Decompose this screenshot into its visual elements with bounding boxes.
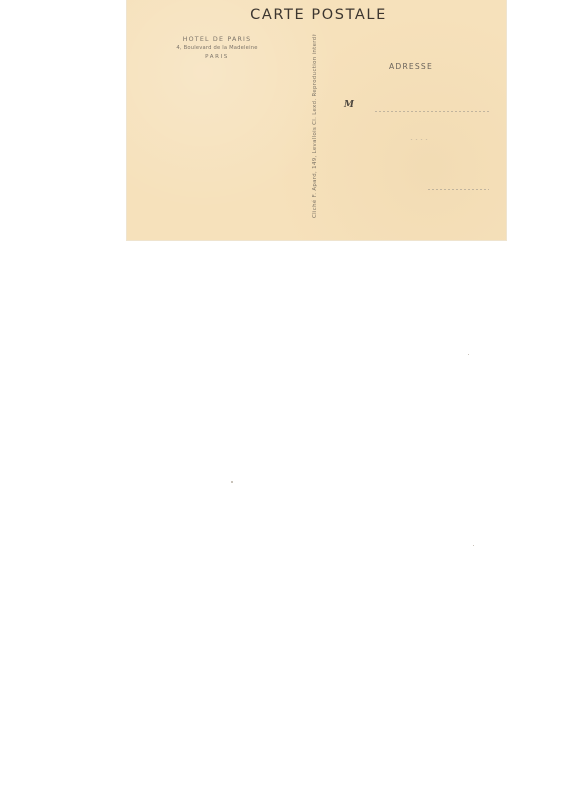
sender-name: HOTEL DE PARIS <box>167 35 267 44</box>
sender-street: 4, Boulevard de la Madeleine <box>167 44 267 53</box>
vertical-imprint: Cliché F. Apard, 149, Levallois Cl. Lexd… <box>310 34 320 218</box>
sender-block: HOTEL DE PARIS 4, Boulevard de la Madele… <box>167 35 267 62</box>
recipient-prefix: M <box>344 100 354 110</box>
postcard-title: CARTE POSTALE <box>127 7 508 23</box>
scan-speck <box>468 354 469 355</box>
address-line-2 <box>409 139 429 140</box>
scan-speck <box>231 481 233 483</box>
postcard-back: CARTE POSTALE HOTEL DE PARIS 4, Boulevar… <box>127 0 506 240</box>
sender-city: PARIS <box>167 53 267 62</box>
address-line-3 <box>427 189 489 190</box>
address-line-1 <box>374 111 490 112</box>
address-label: ADRESSE <box>389 62 433 71</box>
scanned-page: CARTE POSTALE HOTEL DE PARIS 4, Boulevar… <box>0 0 581 800</box>
scan-speck <box>473 545 474 546</box>
